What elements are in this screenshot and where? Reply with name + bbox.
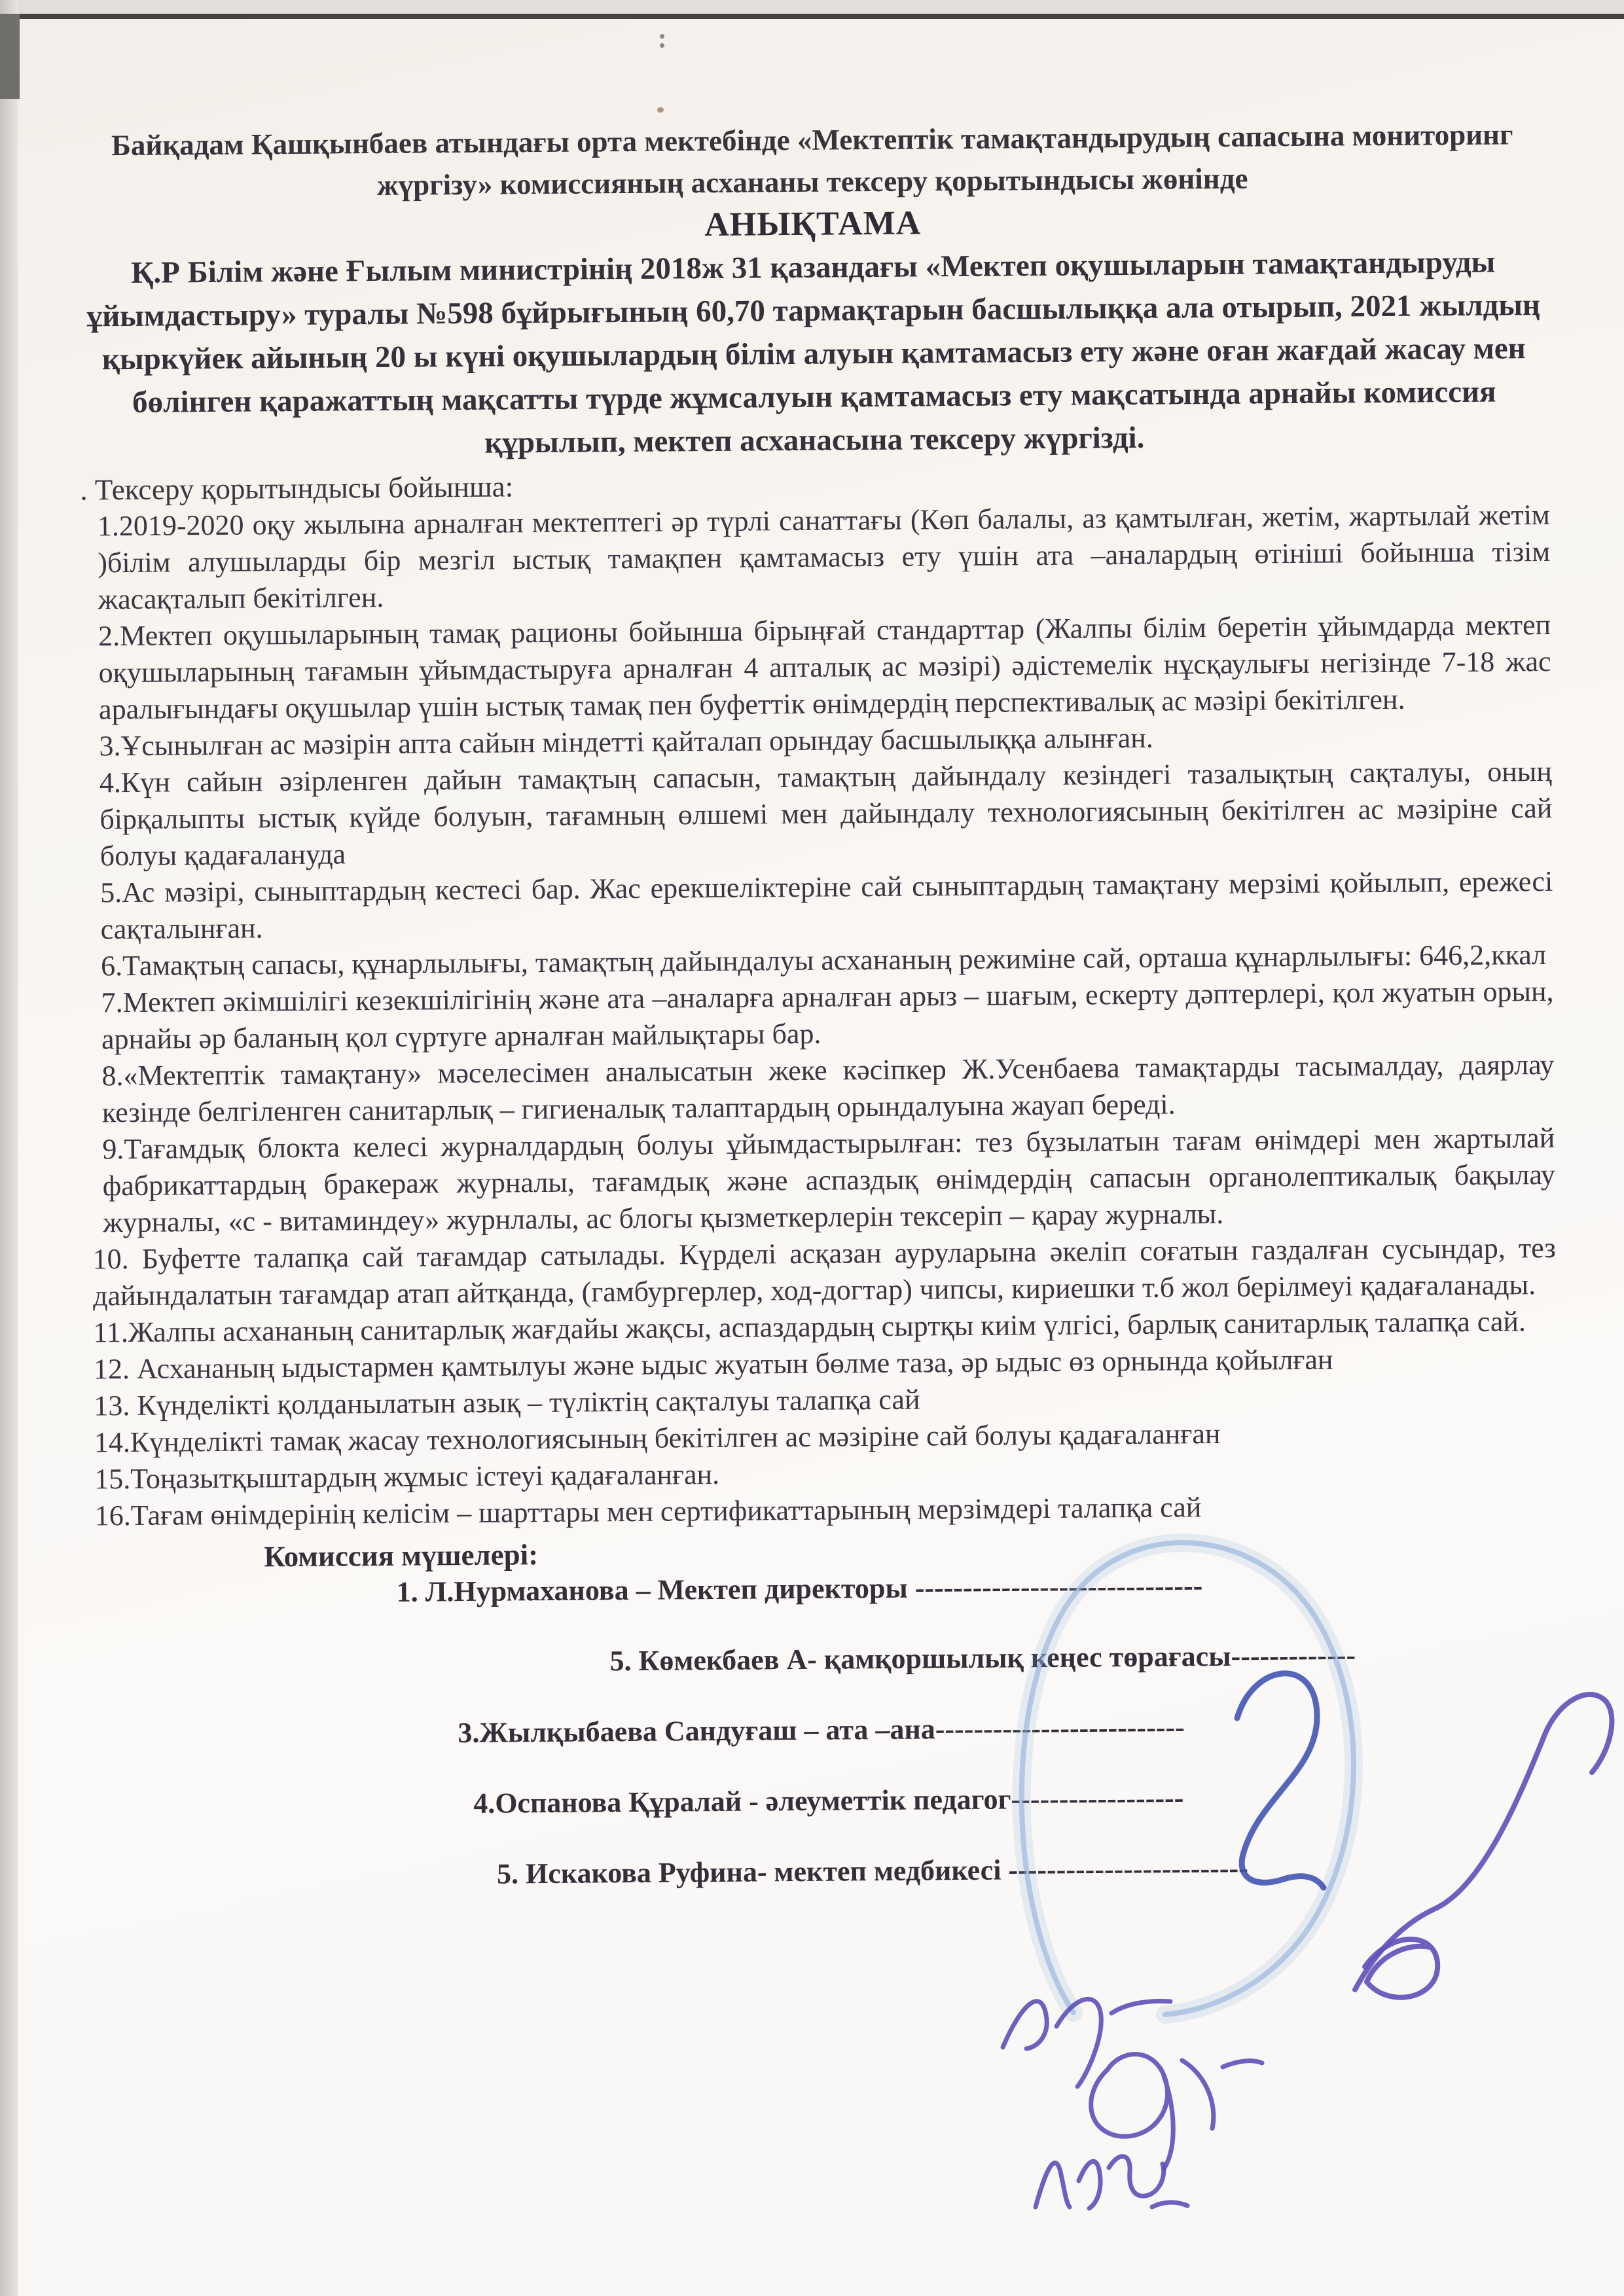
scan-speck: [660, 34, 664, 39]
finding-item: 10. Буфетте талапқа сай тағамдар сатылад…: [86, 1230, 1556, 1315]
commission-member-social-pedagog: 4.Оспанова Құралай - әлеуметтік педагог-…: [90, 1777, 1560, 1825]
scan-edge-left: [0, 0, 18, 2296]
finding-item: 4.Күн сайын әзірленген дайын тамақтың са…: [82, 753, 1553, 875]
finding-item: 2.Мектеп оқушыларының тамақ рационы бойы…: [81, 607, 1551, 728]
parent-signature: [1003, 1999, 1170, 2087]
commission-member-parent: 3.Жылқыбаева Сандуғаш – ата –ана--------…: [90, 1706, 1559, 1755]
nurse-signature: [1036, 2157, 1187, 2208]
scan-edge-line: [17, 14, 1624, 19]
commission-member-nurse: 5. Искакова Руфина- мектеп медбикесі ---…: [91, 1848, 1561, 1896]
scan-speck: [657, 107, 664, 113]
scan-edge-top: [0, 0, 1624, 14]
finding-item: 7.Мектеп әкімшілігі кезекшілігінің және …: [84, 973, 1554, 1058]
document-header: Байқадам Қашқынбаев атындағы орта мектеб…: [77, 113, 1547, 209]
scan-corner-artifact: [0, 14, 20, 99]
findings-list: 1.2019-2020 оқу жылына арналған мектепте…: [81, 497, 1558, 1535]
commission-list: 1. Л.Нурмаханова – Мектеп директоры ----…: [88, 1565, 1561, 1896]
finding-item: 5.Ас мәзірі, сыныптардың кестесі бар. Жа…: [83, 863, 1553, 948]
commission-member-trustee-chair: 5. Көмекбаев А- қамқоршылық кеңес төраға…: [89, 1636, 1559, 1684]
finding-item: 1.2019-2020 оқу жылына арналған мектепте…: [81, 497, 1551, 619]
scanned-page: Байқадам Қашқынбаев атындағы орта мектеб…: [0, 0, 1624, 2296]
trustee-chair-signature-loop: [1365, 1939, 1437, 1998]
document-intro: Қ.Р Білім және Ғылым министрінің 2018ж 3…: [79, 240, 1550, 468]
document-content: Байқадам Қашқынбаев атындағы орта мектеб…: [77, 113, 1561, 1896]
finding-item: 8.«Мектептік тамақтану» мәселесімен анал…: [84, 1047, 1555, 1132]
social-pedagog-signature: [1091, 2054, 1262, 2170]
finding-item: 9.Тағамдық блокта келесі журналдардың бо…: [85, 1120, 1555, 1242]
